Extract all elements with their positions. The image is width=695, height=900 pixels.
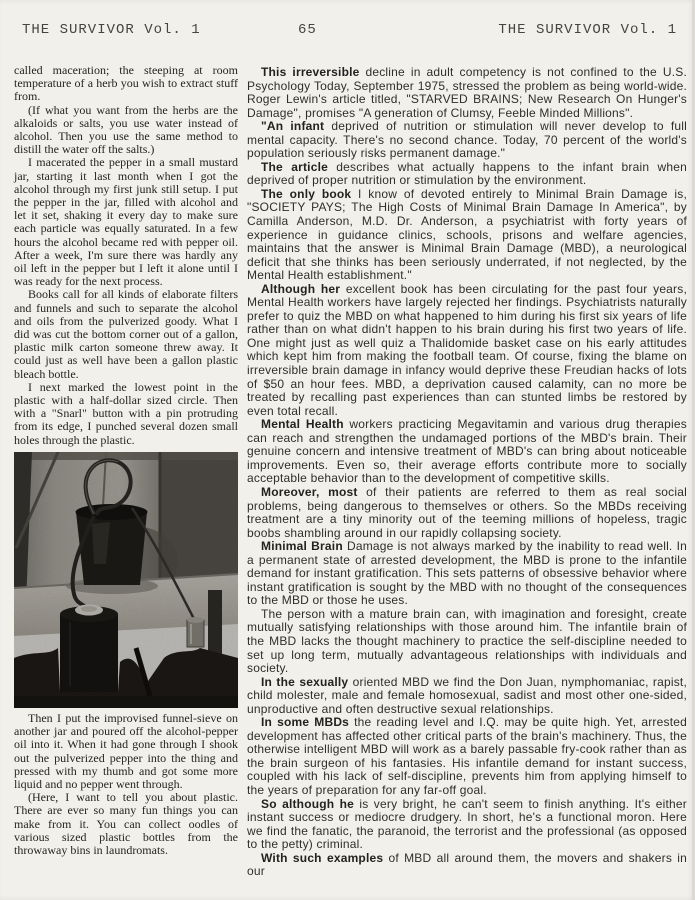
paragraph: "An infant deprived of nutrition or stim… — [247, 120, 687, 161]
right-paragraphs: This irreversible decline in adult compe… — [247, 66, 687, 879]
page-header: THE SURVIVOR Vol. 1 65 THE SURVIVOR Vol.… — [0, 22, 695, 42]
paragraph: Minimal Brain Damage is not always marke… — [247, 540, 687, 608]
scanned-page: THE SURVIVOR Vol. 1 65 THE SURVIVOR Vol.… — [0, 0, 695, 900]
paragraph-lead: The only book — [261, 187, 351, 201]
page-number: 65 — [298, 22, 317, 38]
paragraph-lead: Mental Health — [261, 417, 344, 431]
paragraph: In some MBDs the reading level and I.Q. … — [247, 716, 687, 797]
left-paragraphs-bottom: Then I put the improvised funnel-sieve o… — [14, 712, 238, 857]
paragraph-lead: In some MBDs — [261, 715, 349, 729]
paragraph: Mental Health workers practicing Megavit… — [247, 418, 687, 486]
paragraph: So although he is very bright, he can't … — [247, 798, 687, 852]
header-left-title: THE SURVIVOR Vol. 1 — [22, 22, 201, 38]
left-column: called maceration; the steeping at room … — [14, 64, 238, 857]
paragraph-lead: With such examples — [261, 851, 383, 865]
paragraph: With such examples of MBD all around the… — [247, 852, 687, 879]
photo-improvised-still — [14, 452, 238, 708]
paragraph-lead: Minimal Brain — [261, 539, 343, 553]
paragraph-lead: The article — [261, 160, 328, 174]
paragraph: called maceration; the steeping at room … — [14, 64, 238, 104]
paragraph-lead: "An infant — [261, 119, 324, 133]
paragraph: The person with a mature brain can, with… — [247, 608, 687, 676]
paragraph: Books call for all kinds of elaborate fi… — [14, 288, 238, 380]
paragraph-lead: Moreover, most — [261, 485, 358, 499]
right-column: This irreversible decline in adult compe… — [247, 66, 687, 879]
paragraph: In the sexually oriented MBD we find the… — [247, 676, 687, 717]
paragraph: Although her excellent book has been cir… — [247, 283, 687, 418]
paragraph-lead: Although her — [261, 282, 340, 296]
header-right-title: THE SURVIVOR Vol. 1 — [498, 22, 677, 38]
left-paragraphs-top: called maceration; the steeping at room … — [14, 64, 238, 447]
paragraph: This irreversible decline in adult compe… — [247, 66, 687, 120]
paragraph-lead: This irreversible — [261, 65, 360, 79]
paragraph: Then I put the improvised funnel-sieve o… — [14, 712, 238, 791]
paragraph: The article describes what actually happ… — [247, 161, 687, 188]
paragraph-lead: In the sexually — [261, 675, 348, 689]
paragraph: (If what you want from the herbs are the… — [14, 104, 238, 157]
paragraph: The only book I know of devoted entirely… — [247, 188, 687, 283]
paragraph: I next marked the lowest point in the pl… — [14, 381, 238, 447]
paragraph-lead: So although he — [261, 797, 354, 811]
paragraph: Moreover, most of their patients are ref… — [247, 486, 687, 540]
paragraph: I macerated the pepper in a small mustar… — [14, 156, 238, 288]
paragraph: (Here, I want to tell you about plastic.… — [14, 791, 238, 857]
